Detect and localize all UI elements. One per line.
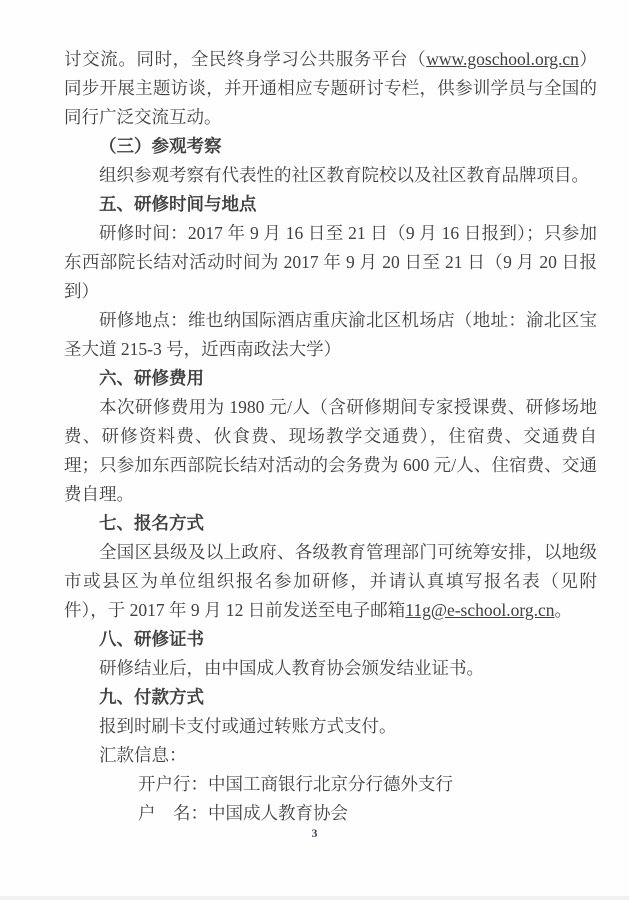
- text-run: 研修地点：维也纳国际酒店重庆渝北区机场店（地址：渝北区宝圣大道 215-3 号，…: [64, 310, 597, 359]
- paragraph: 本次研修费用为 1980 元/人（含研修期间专家授课费、研修场地费、研修资料费、…: [64, 393, 597, 509]
- email-link[interactable]: 11g@e-school.org.cn: [405, 600, 554, 620]
- paragraph: 组织参观考察有代表性的社区教育院校以及社区教育品牌项目。: [64, 161, 597, 190]
- text-run: 开户行：中国工商银行北京分行德外支行: [138, 774, 453, 794]
- section-heading: 八、研修证书: [64, 625, 597, 654]
- text-run: 七、报名方式: [99, 513, 204, 533]
- section-heading: 九、付款方式: [64, 683, 597, 712]
- text-run: （三）参观考察: [99, 136, 222, 156]
- section-heading: （三）参观考察: [64, 132, 597, 161]
- text-run: 讨交流。同时，全民终身学习公共服务平台（: [64, 49, 426, 69]
- paragraph: 研修地点：维也纳国际酒店重庆渝北区机场店（地址：渝北区宝圣大道 215-3 号，…: [64, 306, 597, 364]
- document-body: 讨交流。同时，全民终身学习公共服务平台（www.goschool.org.cn）…: [64, 45, 597, 828]
- section-heading: 五、研修时间与地点: [64, 190, 597, 219]
- text-run: 研修时间：2017 年 9 月 16 日至 21 日（9 月 16 日报到）；只…: [64, 223, 597, 301]
- paragraph: 全国区县级及以上政府、各级教育管理部门可统筹安排，以地级市或县区为单位组织报名参…: [64, 538, 597, 625]
- page-bottom-edge: [0, 896, 629, 900]
- paragraph: 报到时刷卡支付或通过转账方式支付。: [64, 712, 597, 741]
- platform-url-link[interactable]: www.goschool.org.cn: [426, 49, 579, 69]
- document-page: 讨交流。同时，全民终身学习公共服务平台（www.goschool.org.cn）…: [0, 0, 629, 900]
- paragraph: 研修时间：2017 年 9 月 16 日至 21 日（9 月 16 日报到）；只…: [64, 219, 597, 306]
- text-run: 户 名：中国成人教育协会: [138, 803, 348, 823]
- bank-info-line: 开户行：中国工商银行北京分行德外支行: [64, 770, 597, 799]
- paragraph: 汇款信息：: [64, 741, 597, 770]
- paragraph: 讨交流。同时，全民终身学习公共服务平台（www.goschool.org.cn）…: [64, 45, 597, 132]
- text-run: 本次研修费用为 1980 元/人（含研修期间专家授课费、研修场地费、研修资料费、…: [64, 397, 597, 504]
- paragraph: 研修结业后，由中国成人教育协会颁发结业证书。: [64, 654, 597, 683]
- section-heading: 七、报名方式: [64, 509, 597, 538]
- text-run: 报到时刷卡支付或通过转账方式支付。: [99, 716, 397, 736]
- text-run: 八、研修证书: [99, 629, 204, 649]
- text-run: 汇款信息：: [99, 745, 187, 765]
- page-number: 3: [0, 826, 629, 841]
- text-run: 研修结业后，由中国成人教育协会颁发结业证书。: [99, 658, 484, 678]
- text-run: 。: [555, 600, 573, 620]
- text-run: 组织参观考察有代表性的社区教育院校以及社区教育品牌项目。: [99, 165, 589, 185]
- text-run: 五、研修时间与地点: [99, 194, 257, 214]
- bank-info-line: 户 名：中国成人教育协会: [64, 799, 597, 828]
- text-run: 六、研修费用: [99, 368, 204, 388]
- text-run: 九、付款方式: [99, 687, 204, 707]
- section-heading: 六、研修费用: [64, 364, 597, 393]
